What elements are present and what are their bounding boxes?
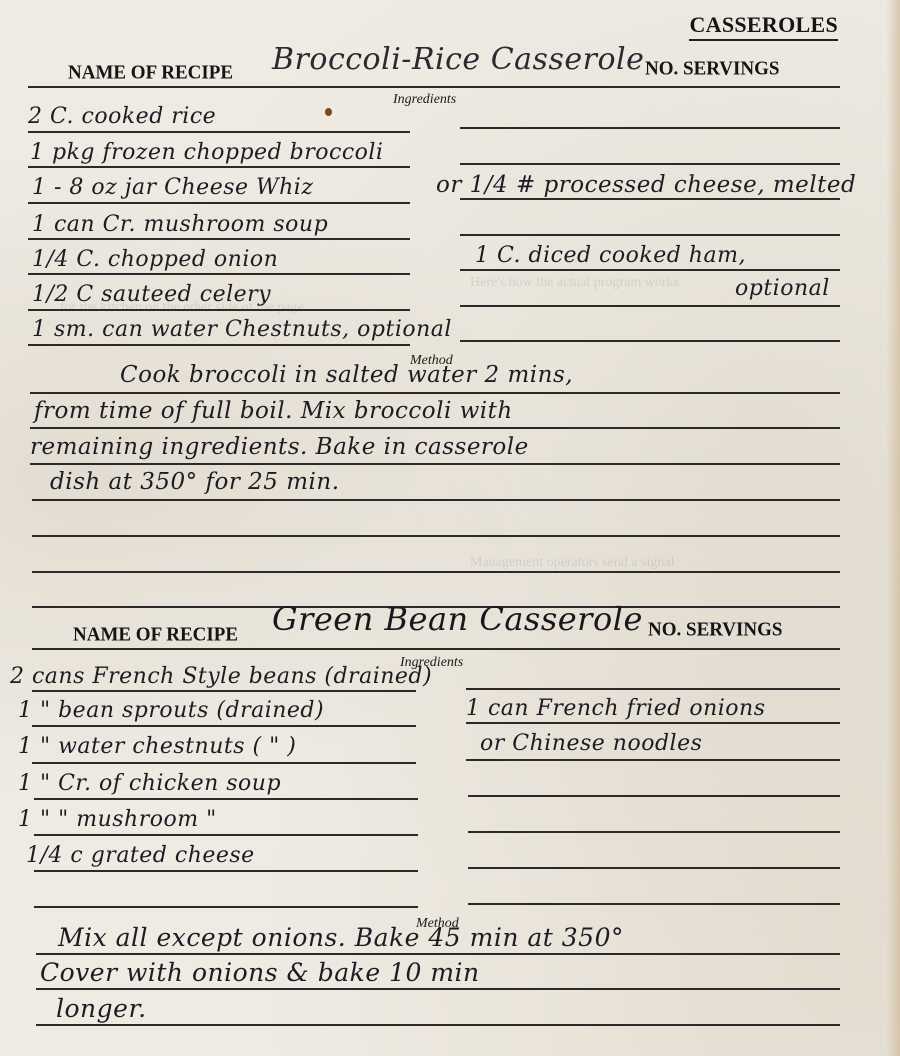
rule-line	[32, 535, 840, 537]
rule-line	[34, 870, 418, 872]
rule-line	[28, 131, 410, 133]
ingredient-left[interactable]: 1 " bean sprouts (drained)	[18, 698, 324, 723]
ingredient-left[interactable]: 1/2 C sauteed celery	[32, 282, 271, 307]
rule-line	[466, 759, 840, 761]
rule-line	[460, 234, 840, 236]
ingredient-left[interactable]: 2 cans French Style beans (drained)	[10, 664, 432, 689]
rule-line	[36, 1024, 840, 1026]
rule-line	[460, 163, 840, 165]
rule-line	[28, 166, 410, 168]
rule-line	[34, 834, 418, 836]
ingredient-right[interactable]: 1 can French fried onions	[466, 696, 766, 721]
no-servings-label: NO. SERVINGS	[645, 57, 779, 80]
ingredient-left[interactable]: 1 can Cr. mushroom soup	[32, 212, 328, 237]
ingredient-left[interactable]: 1 " " mushroom "	[18, 807, 217, 832]
recipe-card-page: for the kitchen on the other side of the…	[0, 0, 900, 1056]
rule-line	[32, 571, 840, 573]
rule-line	[36, 988, 840, 990]
ingredient-left[interactable]: 1 " water chestnuts ( " )	[18, 734, 296, 759]
method-line[interactable]: Mix all except onions. Bake 45 min at 35…	[58, 923, 624, 952]
rule-line	[468, 795, 840, 797]
ingredient-right[interactable]: or Chinese noodles	[480, 731, 702, 756]
bleed-through-text: Management operators send a signal	[470, 555, 675, 571]
rule-line	[468, 903, 840, 905]
method-line[interactable]: Cover with onions & bake 10 min	[40, 958, 480, 987]
rule-line	[32, 762, 416, 764]
rule-line	[460, 127, 840, 129]
rule-line	[28, 344, 410, 346]
rule-line	[466, 722, 840, 724]
ingredient-left[interactable]: 1 - 8 oz jar Cheese Whiz	[32, 175, 313, 200]
paper-edge	[886, 0, 900, 1056]
ingredient-left[interactable]: 1 sm. can water Chestnuts, optional	[32, 317, 452, 342]
rule-line	[28, 309, 410, 311]
rule-line	[460, 340, 840, 342]
rule-line	[28, 273, 410, 275]
rule-line	[28, 86, 840, 88]
no-servings-label: NO. SERVINGS	[648, 618, 782, 641]
ingredient-left[interactable]: 1/4 c grated cheese	[26, 843, 255, 868]
recipe-name-field[interactable]: Green Bean Casserole	[272, 600, 643, 638]
ingredients-label: Ingredients	[393, 92, 456, 108]
rule-line	[28, 202, 410, 204]
rule-line	[32, 499, 840, 501]
category-heading: CASSEROLES	[689, 12, 838, 41]
ingredient-right[interactable]: 1 C. diced cooked ham,	[475, 243, 746, 268]
rule-line	[468, 867, 840, 869]
rule-line	[34, 906, 418, 908]
rule-line	[30, 427, 840, 429]
ingredient-left[interactable]: 2 C. cooked rice	[28, 104, 216, 129]
ingredient-left[interactable]: 1 pkg frozen chopped broccoli	[30, 140, 383, 165]
recipe-name-field[interactable]: Broccoli-Rice Casserole	[272, 42, 644, 77]
rule-line	[32, 648, 840, 650]
bleed-through-text: Here's how the actual program works	[470, 275, 679, 291]
rule-line	[468, 831, 840, 833]
rule-line	[32, 690, 416, 692]
ingredient-right[interactable]: or 1/4 # processed cheese, melted	[436, 172, 856, 198]
ingredient-left[interactable]: 1 " Cr. of chicken soup	[18, 771, 281, 796]
method-line[interactable]: Cook broccoli in salted water 2 mins,	[120, 362, 573, 388]
rule-line	[460, 269, 840, 271]
rule-line	[34, 798, 418, 800]
rule-line	[30, 392, 840, 394]
food-stain	[325, 108, 332, 116]
rule-line	[36, 953, 840, 955]
ingredient-right[interactable]: optional	[735, 276, 830, 301]
method-line[interactable]: dish at 350° for 25 min.	[50, 469, 340, 495]
rule-line	[466, 688, 840, 690]
rule-line	[32, 725, 416, 727]
method-line[interactable]: longer.	[56, 994, 147, 1023]
rule-line	[30, 463, 840, 465]
method-line[interactable]: remaining ingredients. Bake in casserole	[30, 434, 529, 460]
rule-line	[460, 198, 840, 200]
ingredient-left[interactable]: 1/4 C. chopped onion	[32, 247, 278, 272]
rule-line	[28, 238, 410, 240]
method-line[interactable]: from time of full boil. Mix broccoli wit…	[34, 398, 513, 424]
name-of-recipe-label: NAME OF RECIPE	[73, 623, 238, 646]
name-of-recipe-label: NAME OF RECIPE	[68, 61, 233, 84]
rule-line	[460, 305, 840, 307]
